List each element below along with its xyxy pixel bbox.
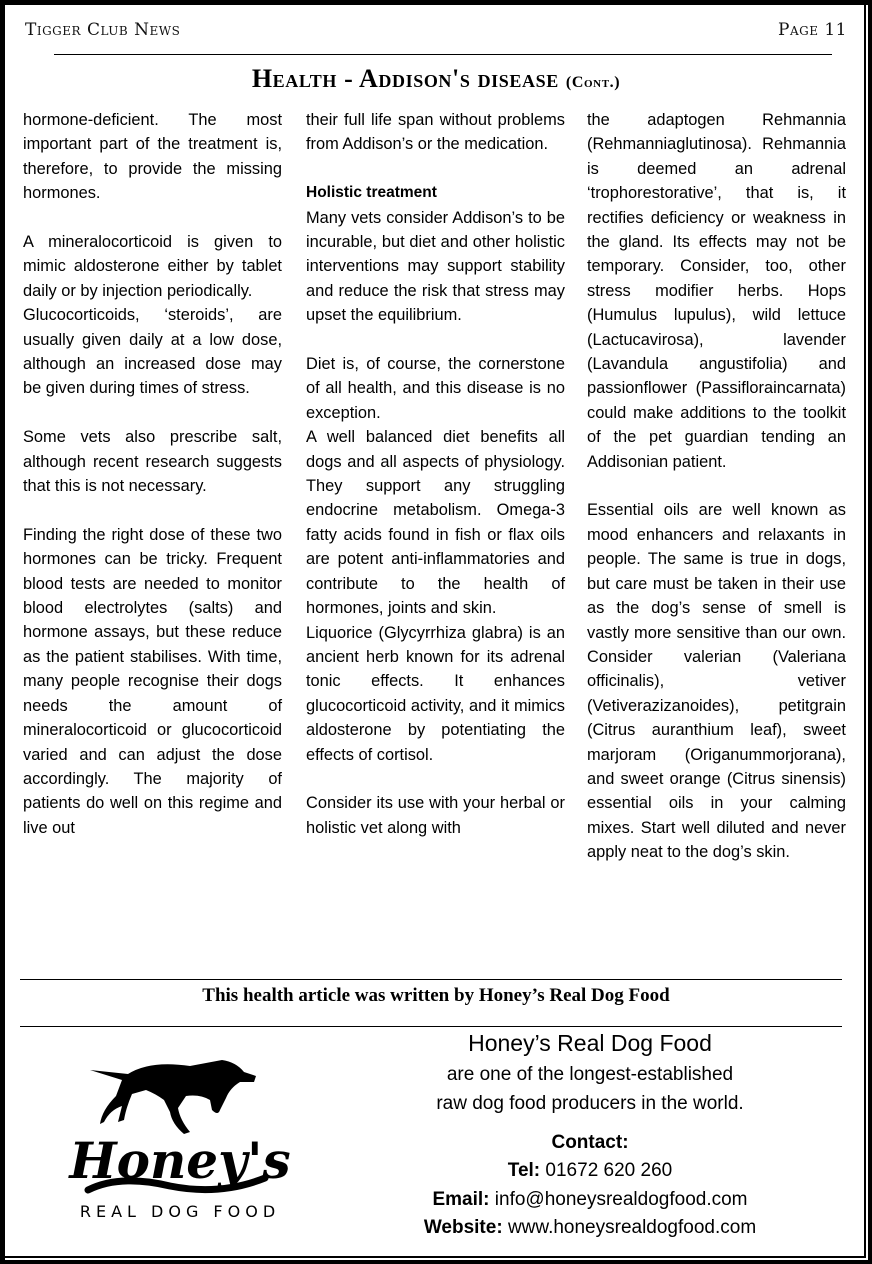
credit-divider-top (20, 979, 842, 980)
logo-tagline: REAL DOG FOOD (60, 1202, 300, 1221)
contact-website: Website: www.honeysrealdogfood.com (380, 1214, 800, 1243)
column-1: hormone-deficient. The most important pa… (23, 108, 282, 840)
column-2: their full life span without problems fr… (306, 108, 565, 840)
tel-label: Tel: (508, 1160, 540, 1181)
header-divider (54, 54, 832, 55)
paragraph-gap (587, 474, 846, 498)
tel-value[interactable]: 01672 620 260 (545, 1160, 672, 1181)
page-number: Page 11 (778, 20, 847, 40)
page-frame-top (0, 0, 872, 5)
paragraph: Finding the right dose of these two horm… (23, 523, 282, 840)
paragraph-gap (306, 767, 565, 791)
column-3: the adaptogen Rehmannia (Rehmanniaglutin… (587, 108, 846, 865)
email-link[interactable]: info@honeysrealdogfood.com (495, 1189, 748, 1210)
article-title-text: Health - Addison's disease (252, 64, 559, 93)
paragraph: Diet is, of course, the cornerstone of a… (306, 352, 565, 425)
contact-heading: Contact: (380, 1128, 800, 1157)
page-frame-bottom (0, 1260, 872, 1264)
pointer-dog-silhouette-icon: Honey's (60, 1050, 300, 1200)
advert-line-2: raw dog food producers in the world. (380, 1089, 800, 1118)
contact-email: Email: info@honeysrealdogfood.com (380, 1186, 800, 1215)
paragraph-gap (306, 157, 565, 181)
paragraph: Glucocorticoids, ‘steroids’, are usually… (23, 303, 282, 401)
paragraph-gap (23, 401, 282, 425)
article-body: hormone-deficient. The most important pa… (23, 108, 846, 968)
article-title: Health - Addison's disease (Cont.) (0, 64, 872, 94)
page-frame-right (868, 0, 872, 1264)
article-credit: This health article was written by Honey… (0, 985, 872, 1007)
page-frame-right-inner (864, 0, 866, 1258)
paragraph-gap (306, 328, 565, 352)
advert-company-name: Honey’s Real Dog Food (380, 1026, 800, 1060)
subheading-holistic-treatment: Holistic treatment (306, 181, 565, 205)
paragraph: Essential oils are well known as mood en… (587, 498, 846, 864)
running-header: Tigger Club News Page 11 (25, 20, 847, 44)
contact-tel: Tel: 01672 620 260 (380, 1157, 800, 1186)
paragraph-gap (23, 206, 282, 230)
page-frame-left (0, 0, 5, 1264)
website-link[interactable]: www.honeysrealdogfood.com (508, 1217, 756, 1238)
paragraph: A mineralocorticoid is given to mimic al… (23, 230, 282, 303)
paragraph: Many vets consider Addison’s to be incur… (306, 206, 565, 328)
paragraph: the adaptogen Rehmannia (Rehmanniaglutin… (587, 108, 846, 474)
page-frame-bottom-inner (5, 1256, 866, 1258)
paragraph: Consider its use with your herbal or hol… (306, 791, 565, 840)
email-label: Email: (432, 1189, 489, 1210)
paragraph-gap (23, 498, 282, 522)
advert-block: Honey’s Real Dog Food are one of the lon… (380, 1026, 800, 1243)
paragraph: A well balanced diet benefits all dogs a… (306, 425, 565, 620)
paragraph: Some vets also prescribe salt, although … (23, 425, 282, 498)
honeys-logo: Honey's REAL DOG FOOD (60, 1050, 300, 1230)
paragraph: Liquorice (Glycyrrhiza glabra) is an anc… (306, 621, 565, 767)
paragraph: their full life span without problems fr… (306, 108, 565, 157)
publication-name: Tigger Club News (25, 20, 180, 40)
article-title-suffix: (Cont.) (566, 74, 620, 91)
website-label: Website: (424, 1217, 503, 1238)
advert-line-1: are one of the longest-established (380, 1060, 800, 1089)
paragraph: hormone-deficient. The most important pa… (23, 108, 282, 206)
